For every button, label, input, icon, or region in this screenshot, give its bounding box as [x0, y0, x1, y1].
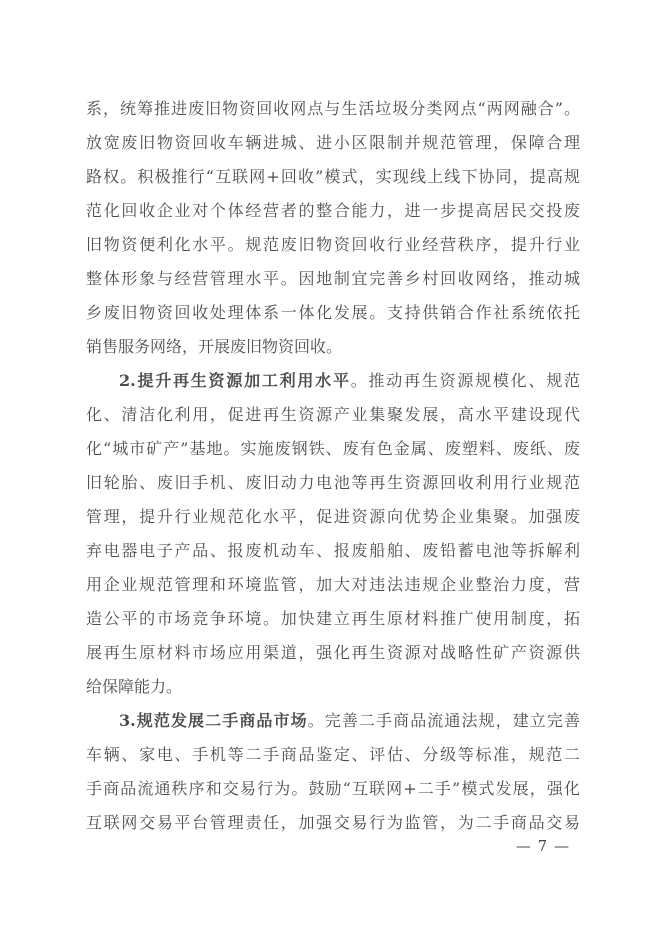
text-line: 乡废旧物资回收处理体系一体化发展。支持供销合作社系统依托 — [86, 296, 580, 330]
section-3-heading: 3.规范发展二手商品市场 — [119, 711, 308, 730]
text-line: 管理，提升行业规范化水平，促进资源向优势企业集聚。加强废 — [86, 500, 580, 534]
section-3-heading-rest: 。完善二手商品流通法规，建立完善 — [308, 711, 580, 730]
document-body: 系，统筹推进废旧物资回收网点与生活垃圾分类网点“两网融合”。 放宽废旧物资回收车… — [86, 92, 580, 840]
text-line: 手商品流通秩序和交易行为。鼓励“互联网+二手”模式发展，强化 — [86, 772, 580, 806]
text-line: 化、清洁化利用，促进再生资源产业集聚发展，高水平建设现代 — [86, 398, 580, 432]
text-line: 路权。积极推行“互联网+回收”模式，实现线上线下协同，提高规 — [86, 160, 580, 194]
text-line: 车辆、家电、手机等二手商品鉴定、评估、分级等标准，规范二 — [86, 738, 580, 772]
text-line: 用企业规范管理和环境监管，加大对违法违规企业整治力度，营 — [86, 568, 580, 602]
text-line: 旧物资便利化水平。规范废旧物资回收行业经营秩序，提升行业 — [86, 228, 580, 262]
text-line: 销售服务网络，开展废旧物资回收。 — [86, 330, 580, 364]
text-line: 给保障能力。 — [86, 670, 580, 704]
text-line: 整体形象与经营管理水平。因地制宜完善乡村回收网络，推动城 — [86, 262, 580, 296]
text-line: 造公平的市场竞争环境。加快建立再生原材料推广使用制度，拓 — [86, 602, 580, 636]
text-line: 展再生原材料市场应用渠道，强化再生资源对战略性矿产资源供 — [86, 636, 580, 670]
page-number: — 7 — — [516, 836, 570, 856]
document-page: 系，统筹推进废旧物资回收网点与生活垃圾分类网点“两网融合”。 放宽废旧物资回收车… — [0, 0, 662, 930]
section-2-heading-line: 2.提升再生资源加工利用水平。推动再生资源规模化、规范 — [86, 364, 580, 398]
text-line: 放宽废旧物资回收车辆进城、进小区限制并规范管理，保障合理 — [86, 126, 580, 160]
text-line: 互联网交易平台管理责任，加强交易行为监管，为二手商品交易 — [86, 806, 580, 840]
text-line: 旧轮胎、废旧手机、废旧动力电池等再生资源回收利用行业规范 — [86, 466, 580, 500]
text-line: 范化回收企业对个体经营者的整合能力，进一步提高居民交投废 — [86, 194, 580, 228]
text-line: 化“城市矿产”基地。实施废钢铁、废有色金属、废塑料、废纸、废 — [86, 432, 580, 466]
text-line: 系，统筹推进废旧物资回收网点与生活垃圾分类网点“两网融合”。 — [86, 92, 580, 126]
section-3-heading-line: 3.规范发展二手商品市场。完善二手商品流通法规，建立完善 — [86, 704, 580, 738]
text-line: 弃电器电子产品、报废机动车、报废船舶、废铅蓄电池等拆解利 — [86, 534, 580, 568]
section-2-heading: 2.提升再生资源加工利用水平 — [119, 371, 351, 390]
section-2-heading-rest: 。推动再生资源规模化、规范 — [351, 371, 580, 390]
